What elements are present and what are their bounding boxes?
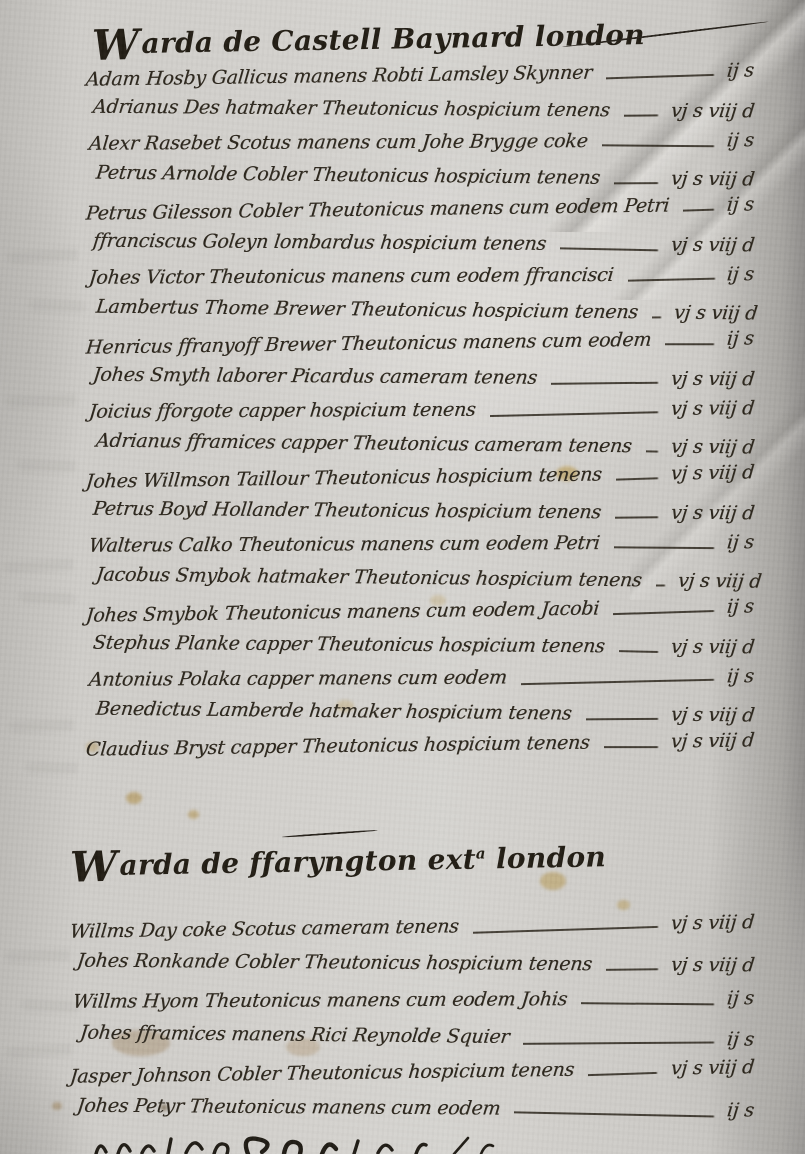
- entry-text: Johes Smybok Theutonicus manens cum eode…: [85, 597, 600, 626]
- entry-amount: vj s viij d: [667, 301, 759, 324]
- dash-leader: [602, 969, 659, 972]
- entry-amount: vj s viij d: [664, 729, 755, 752]
- entry-text: Antonius Polaka capper manens cum eodem: [88, 667, 508, 691]
- entry-text: Willms Hyom Theutonicus manens cum eodem…: [72, 988, 569, 1013]
- dash-leader: [612, 477, 659, 480]
- entry-text: ffranciscus Goleyn lombardus hospicium t…: [92, 229, 548, 254]
- entry-amount: vj s viij d: [670, 569, 762, 592]
- entry-text: Claudius Bryst capper Theutonicus hospic…: [85, 732, 591, 761]
- heading-initial: W: [92, 20, 140, 70]
- dash-leader: [517, 679, 715, 685]
- entry-amount: ij s: [720, 327, 755, 349]
- show-through-text: [10, 719, 76, 733]
- entry-list-castell-baynard: Adam Hosby Gallicus manens Robti Lamsley…: [86, 64, 754, 768]
- entry-text: Jacobus Smybok hatmaker Theutonicus hosp…: [95, 563, 643, 591]
- dash-leader: [584, 1072, 658, 1076]
- dash-leader: [556, 247, 659, 251]
- dash-leader: [609, 610, 715, 615]
- dash-leader: [600, 746, 659, 748]
- register-entry: Stephus Planke capper Theutonicus hospic…: [86, 631, 754, 669]
- entry-amount: ij s: [720, 263, 755, 285]
- entry-amount: vj s viij d: [664, 461, 755, 484]
- entry-amount: ij s: [720, 59, 755, 81]
- partial-line-ink: [86, 1134, 506, 1154]
- dash-leader: [652, 584, 666, 586]
- stain: [52, 1102, 62, 1110]
- register-entry: Joicius fforgote capper hospicium tenens…: [86, 397, 754, 434]
- register-entry: Johes Smyth laborer Picardus cameram ten…: [86, 363, 754, 401]
- dash-leader: [610, 546, 715, 549]
- entry-amount: ij s: [720, 987, 755, 1009]
- heading-initial: W: [70, 842, 118, 892]
- entry-amount: vj s viij d: [664, 435, 756, 458]
- show-through-text: [8, 248, 79, 264]
- register-entry: Willms Hyom Theutonicus manens cum eodem…: [70, 987, 754, 1027]
- register-entry: Petrus Boyd Hollander Theutonicus hospic…: [86, 497, 754, 535]
- dash-leader: [486, 411, 659, 417]
- dash-leader: [602, 74, 715, 80]
- dash-leader: [510, 1112, 715, 1118]
- entry-text: Johes fframices manens Rici Reynolde Squ…: [79, 1021, 511, 1047]
- entry-text: Petrus Arnolde Cobler Theutonicus hospic…: [95, 161, 601, 188]
- register-entry: ffranciscus Goleyn lombardus hospicium t…: [86, 229, 754, 267]
- dash-leader: [615, 650, 659, 653]
- stain: [188, 810, 199, 819]
- entry-text: Alexr Rasebet Scotus manens cum Johe Bry…: [88, 130, 589, 155]
- dash-leader: [611, 516, 659, 519]
- dash-leader: [577, 1002, 715, 1005]
- entry-text: Henricus ffranyoff Brewer Theutonicus ma…: [85, 329, 652, 359]
- entry-text: Lambertus Thome Brewer Theutonicus hospi…: [95, 295, 639, 323]
- heading-text-tail: london: [486, 840, 607, 875]
- entry-amount: vj s viij d: [664, 635, 756, 658]
- entry-amount: ij s: [720, 1028, 756, 1050]
- entry-amount: vj s viij d: [664, 1056, 755, 1079]
- entry-text: Adrianus Des hatmaker Theutonicus hospic…: [92, 95, 611, 121]
- heading-text: arda de ffaryngton ext: [119, 843, 476, 882]
- dash-leader: [679, 209, 715, 212]
- heading-superscript: a: [476, 844, 486, 862]
- dash-leader: [582, 717, 659, 720]
- entry-list-farringdon: Willms Day coke Scotus cameram tenensvj …: [70, 916, 754, 1134]
- show-through-text: [6, 394, 78, 409]
- entry-text: Johes Willmson Taillour Theutonicus hosp…: [85, 463, 603, 492]
- dash-leader: [519, 1041, 715, 1044]
- entry-text: Stephus Planke capper Theutonicus hospic…: [92, 631, 606, 657]
- dash-leader: [623, 278, 715, 282]
- dash-leader: [620, 114, 659, 116]
- entry-text: Benedictus Lamberde hatmaker hospicium t…: [95, 697, 573, 724]
- show-through-text: [4, 558, 75, 574]
- register-entry: Alexr Rasebet Scotus manens cum Johe Bry…: [86, 129, 754, 166]
- entry-amount: vj s viij d: [664, 954, 756, 977]
- entry-amount: vj s viij d: [664, 367, 756, 390]
- entry-text: Johes Victor Theutonicus manens cum eode…: [88, 264, 615, 289]
- show-through-text: [18, 459, 78, 472]
- entry-text: Johes Ronkande Cobler Theutonicus hospic…: [76, 950, 593, 976]
- entry-text: Petrus Gilesson Cobler Theutonicus manen…: [85, 195, 670, 225]
- entry-amount: ij s: [720, 531, 755, 553]
- entry-text: Adrianus fframices capper Theutonicus ca…: [95, 429, 633, 457]
- entry-amount: vj s viij d: [664, 167, 756, 190]
- entry-amount: ij s: [720, 665, 755, 687]
- register-entry: Claudius Bryst capper Theutonicus hospic…: [86, 729, 754, 772]
- entry-text: Adam Hosby Gallicus manens Robti Lamsley…: [85, 62, 593, 91]
- entry-text: Jasper Johnson Cobler Theutonicus hospic…: [69, 1059, 575, 1088]
- show-through-text: [26, 762, 78, 775]
- entry-amount: vj s viij d: [664, 703, 756, 726]
- entry-amount: ij s: [720, 129, 755, 151]
- stain: [617, 900, 630, 910]
- heading-text: arda de Castell Baynard london: [141, 18, 645, 60]
- register-entry: Johes Ronkande Cobler Theutonicus hospic…: [70, 950, 754, 991]
- dash-leader: [642, 450, 659, 452]
- show-through-text: [30, 299, 85, 313]
- entry-text: Willms Day coke Scotus cameram tenens: [69, 915, 460, 942]
- dash-leader: [661, 343, 715, 345]
- show-through-text: [20, 591, 75, 605]
- stain: [126, 792, 142, 804]
- register-entry: Johes Victor Theutonicus manens cum eode…: [86, 263, 754, 300]
- entry-amount: vj s viij d: [664, 397, 755, 419]
- entry-text: Johes Smyth laborer Picardus cameram ten…: [92, 363, 538, 388]
- register-entry: Walterus Calko Theutonicus manens cum eo…: [86, 531, 754, 568]
- register-entry: Johes Petyr Theutonicus manens cum eodem…: [70, 1095, 754, 1136]
- entry-text: Joicius fforgote capper hospicium tenens: [88, 399, 477, 423]
- show-through-text: [6, 949, 70, 963]
- entry-amount: vj s viij d: [664, 233, 756, 256]
- entry-amount: vj s viij d: [664, 99, 756, 122]
- entry-amount: ij s: [720, 1100, 755, 1122]
- section-heading-farringdon: Warda de ffaryngton exta london: [70, 833, 607, 891]
- entry-amount: vj s viij d: [664, 911, 755, 934]
- entry-text: Johes Petyr Theutonicus manens cum eodem: [76, 1095, 502, 1120]
- entry-amount: ij s: [720, 595, 755, 617]
- entry-text: Walterus Calko Theutonicus manens cum eo…: [88, 532, 601, 557]
- entry-text: Petrus Boyd Hollander Theutonicus hospic…: [92, 497, 602, 523]
- dash-leader: [610, 182, 659, 184]
- entry-amount: ij s: [720, 193, 755, 215]
- dash-leader: [598, 144, 715, 147]
- dash-leader: [648, 316, 662, 318]
- entry-amount: vj s viij d: [664, 501, 756, 524]
- dash-leader: [469, 926, 659, 934]
- register-entry: Antonius Polaka capper manens cum eodemi…: [86, 665, 754, 702]
- register-entry: Adrianus Des hatmaker Theutonicus hospic…: [86, 95, 754, 133]
- manuscript-page-photo: Warda de Castell Baynard london Adam Hos…: [0, 0, 805, 1154]
- dash-leader: [547, 381, 659, 384]
- show-through-text: [8, 1043, 75, 1058]
